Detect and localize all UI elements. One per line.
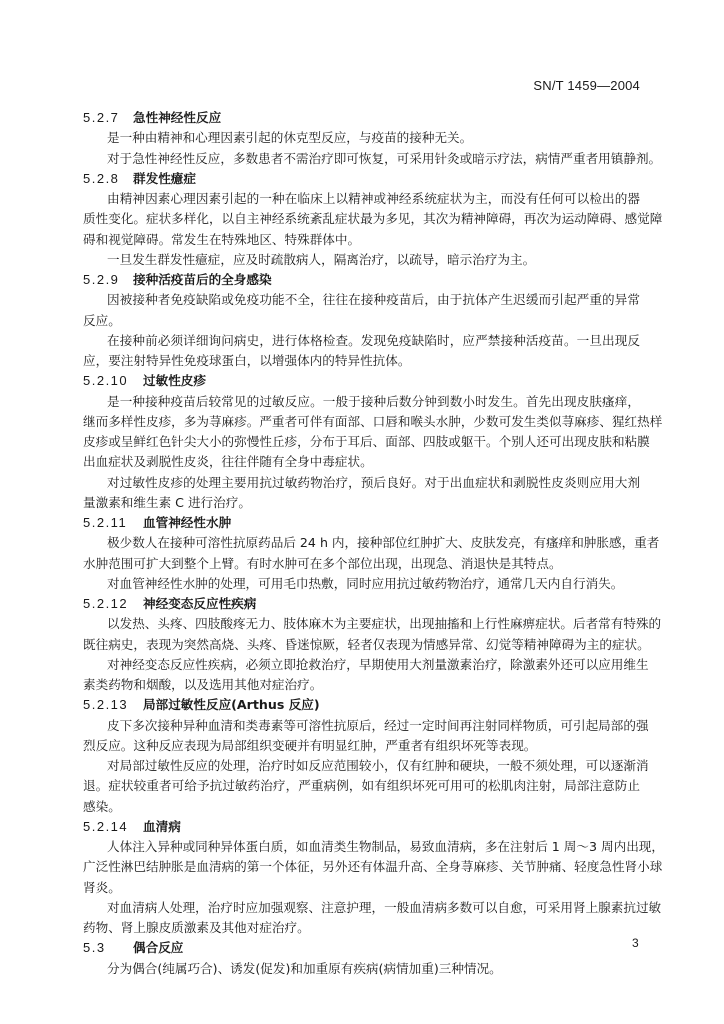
section-number: 5.2.8 (83, 169, 125, 189)
paragraph-line: 水肿范围可扩大到整个上臂。有时水肿可在多个部位出现，出现急、消退快是其特点。 (83, 554, 640, 574)
paragraph-line: 既往病史，表现为突然高烧、头疼、昏迷惊厥，轻者仅表现为情感异常、幻觉等精神障碍为… (83, 635, 640, 655)
paragraph-line: 对于急性神经性反应，多数患者不需治疗即可恢复，可采用针灸或暗示疗法，病情严重者用… (83, 149, 640, 169)
paragraph-line: 烈反应。这种反应表现为局部组织变硬并有明显红肿，严重者有组织坏死等表现。 (83, 736, 640, 756)
paragraph-line: 对血清病人处理，治疗时应加强观察、注意护理，一般血清病多数可以自愈，可采用肾上腺… (83, 898, 640, 918)
paragraph-line: 质性变化。症状多样化，以自主神经系统紊乱症状最为多见，其次为精神障碍，再次为运动… (83, 209, 640, 229)
section-number: 5.2.9 (83, 270, 125, 290)
paragraph-line: 出血症状及剥脱性皮炎，往往伴随有全身中毒症状。 (83, 452, 640, 472)
section-number: 5.3 (83, 938, 125, 958)
paragraph-line: 广泛性淋巴结肿胀是血清病的第一个体征，另外还有体温升高、全身荨麻疹、关节肿痛、轻… (83, 857, 640, 877)
paragraph-line: 对神经变态反应性疾病，必须立即抢救治疗，早期使用大剂量激素治疗，除激素外还可以应… (83, 655, 640, 675)
paragraph-line: 是一种由精神和心理因素引起的休克型反应，与疫苗的接种无关。 (83, 128, 640, 148)
section-number: 5.2.7 (83, 108, 125, 128)
paragraph-line: 素类药物和烟酸，以及选用其他对症治疗。 (83, 675, 640, 695)
section-title: 血清病 (143, 819, 181, 834)
section-title: 偶合反应 (133, 940, 183, 955)
paragraph-line: 在接种前必须详细询问病史，进行体格检查。发现免疫缺陷时，应严禁接种活疫苗。一旦出… (83, 331, 640, 351)
paragraph-line: 人体注入异种或同种异体蛋白质，如血清类生物制品，易致血清病，多在注射后 1 周～… (83, 837, 640, 857)
section-number: 5.2.11 (83, 513, 135, 533)
standard-code-header: SN/T 1459—2004 (533, 78, 640, 93)
paragraph-line: 皮下多次接种异种血清和类毒素等可溶性抗原后，经过一定时间再注射同样物质，可引起局… (83, 716, 640, 736)
document-body: 5.2.7急性神经性反应是一种由精神和心理因素引起的休克型反应，与疫苗的接种无关… (83, 108, 640, 979)
paragraph-line: 以发热、头疼、四肢酸疼无力、肢体麻木为主要症状，出现抽搐和上行性麻痹症状。后者常… (83, 614, 640, 634)
paragraph-line: 因被接种者免疫缺陷或免疫功能不全，往往在接种疫苗后，由于抗体产生迟缓而引起严重的… (83, 290, 640, 310)
paragraph-line: 皮疹或呈鲜红色针尖大小的弥慢性丘疹，分布于耳后、面部、四肢或躯干。个别人还可出现… (83, 432, 640, 452)
section-title: 过敏性皮疹 (143, 373, 206, 388)
section-heading: 5.2.12神经变态反应性疾病 (83, 594, 640, 614)
paragraph-line: 药物、肾上腺皮质激素及其他对症治疗。 (83, 918, 640, 938)
section-title: 血管神经性水肿 (143, 515, 231, 530)
paragraph-line: 继而多样性皮疹，多为荨麻疹。严重者可伴有面部、口唇和喉头水肿，少数可发生类似荨麻… (83, 412, 640, 432)
paragraph-line: 是一种接种疫苗后较常见的过敏反应。一般于接种后数分钟到数小时发生。首先出现皮肤瘙… (83, 392, 640, 412)
paragraph-line: 应，要注射特异性免疫球蛋白，以增强体内的特异性抗体。 (83, 351, 640, 371)
paragraph-line: 分为偶合(纯属巧合)、诱发(促发)和加重原有疾病(病情加重)三种情况。 (83, 959, 640, 979)
section-number: 5.2.10 (83, 371, 135, 391)
section-title: 局部过敏性反应(Arthus 反应) (143, 697, 320, 712)
section-heading: 5.2.11血管神经性水肿 (83, 513, 640, 533)
paragraph-line: 极少数人在接种可溶性抗原药品后 24 h 内，接种部位红肿扩大、皮肤发亮，有瘙痒… (83, 533, 640, 553)
paragraph-line: 量激素和维生素 C 进行治疗。 (83, 493, 640, 513)
section-heading: 5.2.14血清病 (83, 817, 640, 837)
section-number: 5.2.13 (83, 695, 135, 715)
section-number: 5.2.12 (83, 594, 135, 614)
section-heading: 5.2.7急性神经性反应 (83, 108, 640, 128)
section-number: 5.2.14 (83, 817, 135, 837)
paragraph-line: 退。症状较重者可给予抗过敏药治疗，严重病例，如有组织坏死可用可的松肌肉注射，局部… (83, 776, 640, 796)
paragraph-line: 对血管神经性水肿的处理，可用毛巾热敷，同时应用抗过敏药物治疗，通常几天内自行消失… (83, 574, 640, 594)
section-title: 急性神经性反应 (133, 110, 221, 125)
section-heading: 5.2.8群发性癔症 (83, 169, 640, 189)
section-heading: 5.3偶合反应 (83, 938, 640, 958)
document-page: SN/T 1459—2004 5.2.7急性神经性反应是一种由精神和心理因素引起… (0, 0, 724, 1024)
paragraph-line: 碍和视觉障碍。常发生在特殊地区、特殊群体中。 (83, 230, 640, 250)
paragraph-line: 反应。 (83, 311, 640, 331)
paragraph-line: 对过敏性皮疹的处理主要用抗过敏药物治疗，预后良好。对于出血症状和剥脱性皮炎则应用… (83, 473, 640, 493)
paragraph-line: 对局部过敏性反应的处理，治疗时如反应范围较小，仅有红肿和硬块，一般不须处理，可以… (83, 756, 640, 776)
paragraph-line: 感染。 (83, 797, 640, 817)
section-title: 群发性癔症 (133, 171, 196, 186)
page-number: 3 (632, 936, 639, 950)
paragraph-line: 由精神因素心理因素引起的一种在临床上以精神或神经系统症状为主，而没有任何可以检出… (83, 189, 640, 209)
paragraph-line: 肾炎。 (83, 878, 640, 898)
section-title: 接种活疫苗后的全身感染 (133, 272, 272, 287)
section-heading: 5.2.10过敏性皮疹 (83, 371, 640, 391)
section-heading: 5.2.9接种活疫苗后的全身感染 (83, 270, 640, 290)
section-heading: 5.2.13局部过敏性反应(Arthus 反应) (83, 695, 640, 715)
paragraph-line: 一旦发生群发性癔症，应及时疏散病人，隔离治疗，以疏导，暗示治疗为主。 (83, 250, 640, 270)
section-title: 神经变态反应性疾病 (143, 596, 256, 611)
